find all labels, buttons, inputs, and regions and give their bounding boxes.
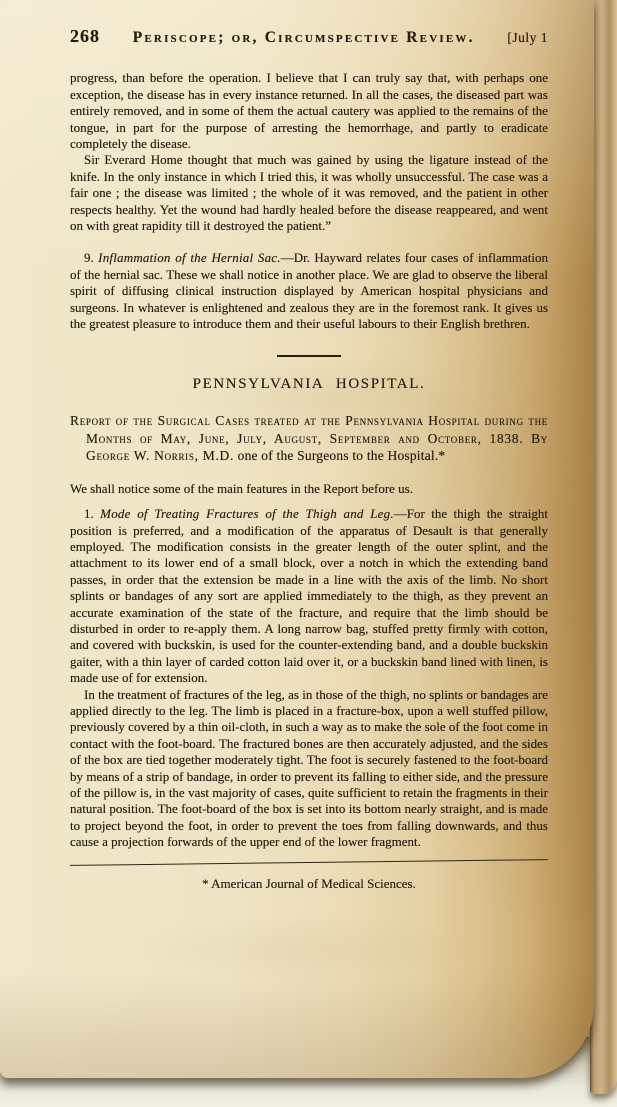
paragraph-notice: We shall notice some of the main feature…: [70, 481, 548, 497]
paragraph-progress: progress, than before the operation. I b…: [70, 70, 548, 152]
hernial-item-number: 9.: [84, 250, 98, 265]
page-header: 268 Periscope; or, Circumspective Review…: [70, 28, 548, 46]
footnote-text: * American Journal of Medical Sciences.: [70, 876, 548, 892]
text-column: 268 Periscope; or, Circumspective Review…: [70, 28, 548, 892]
mode-item-text: —For the thigh the straight position is …: [70, 506, 548, 685]
section-divider: [277, 355, 341, 357]
report-title: Report of the Surgical Cases treated at …: [70, 412, 548, 465]
paragraph-hernial-sac: 9. Inflammation of the Hernial Sac.—Dr. …: [70, 250, 548, 332]
footnote-rule: [70, 859, 548, 866]
mode-item-title: Mode of Treating Fractures of the Thigh …: [100, 506, 394, 521]
paragraph-fractures-leg: In the treatment of fractures of the leg…: [70, 687, 548, 851]
book-page: 268 Periscope; or, Circumspective Review…: [0, 0, 594, 1078]
running-title: Periscope; or, Circumspective Review.: [100, 30, 507, 46]
paragraph-everard-home: Sir Everard Home thought that much was g…: [70, 152, 548, 234]
adjacent-page-edge: [590, 0, 617, 1094]
issue-date-marker: [July 1: [507, 30, 548, 46]
section-heading: PENNSYLVANIA HOSPITAL.: [70, 376, 548, 392]
paragraph-fractures-thigh: 1. Mode of Treating Fractures of the Thi…: [70, 506, 548, 686]
hernial-item-title: Inflammation of the Hernial Sac.: [98, 250, 281, 265]
report-title-roman: one of the Surgeons to the Hospital.*: [234, 448, 445, 463]
scanned-book-photo: 268 Periscope; or, Circumspective Review…: [0, 0, 617, 1107]
mode-item-number: 1.: [84, 506, 100, 521]
page-number: 268: [70, 28, 100, 44]
